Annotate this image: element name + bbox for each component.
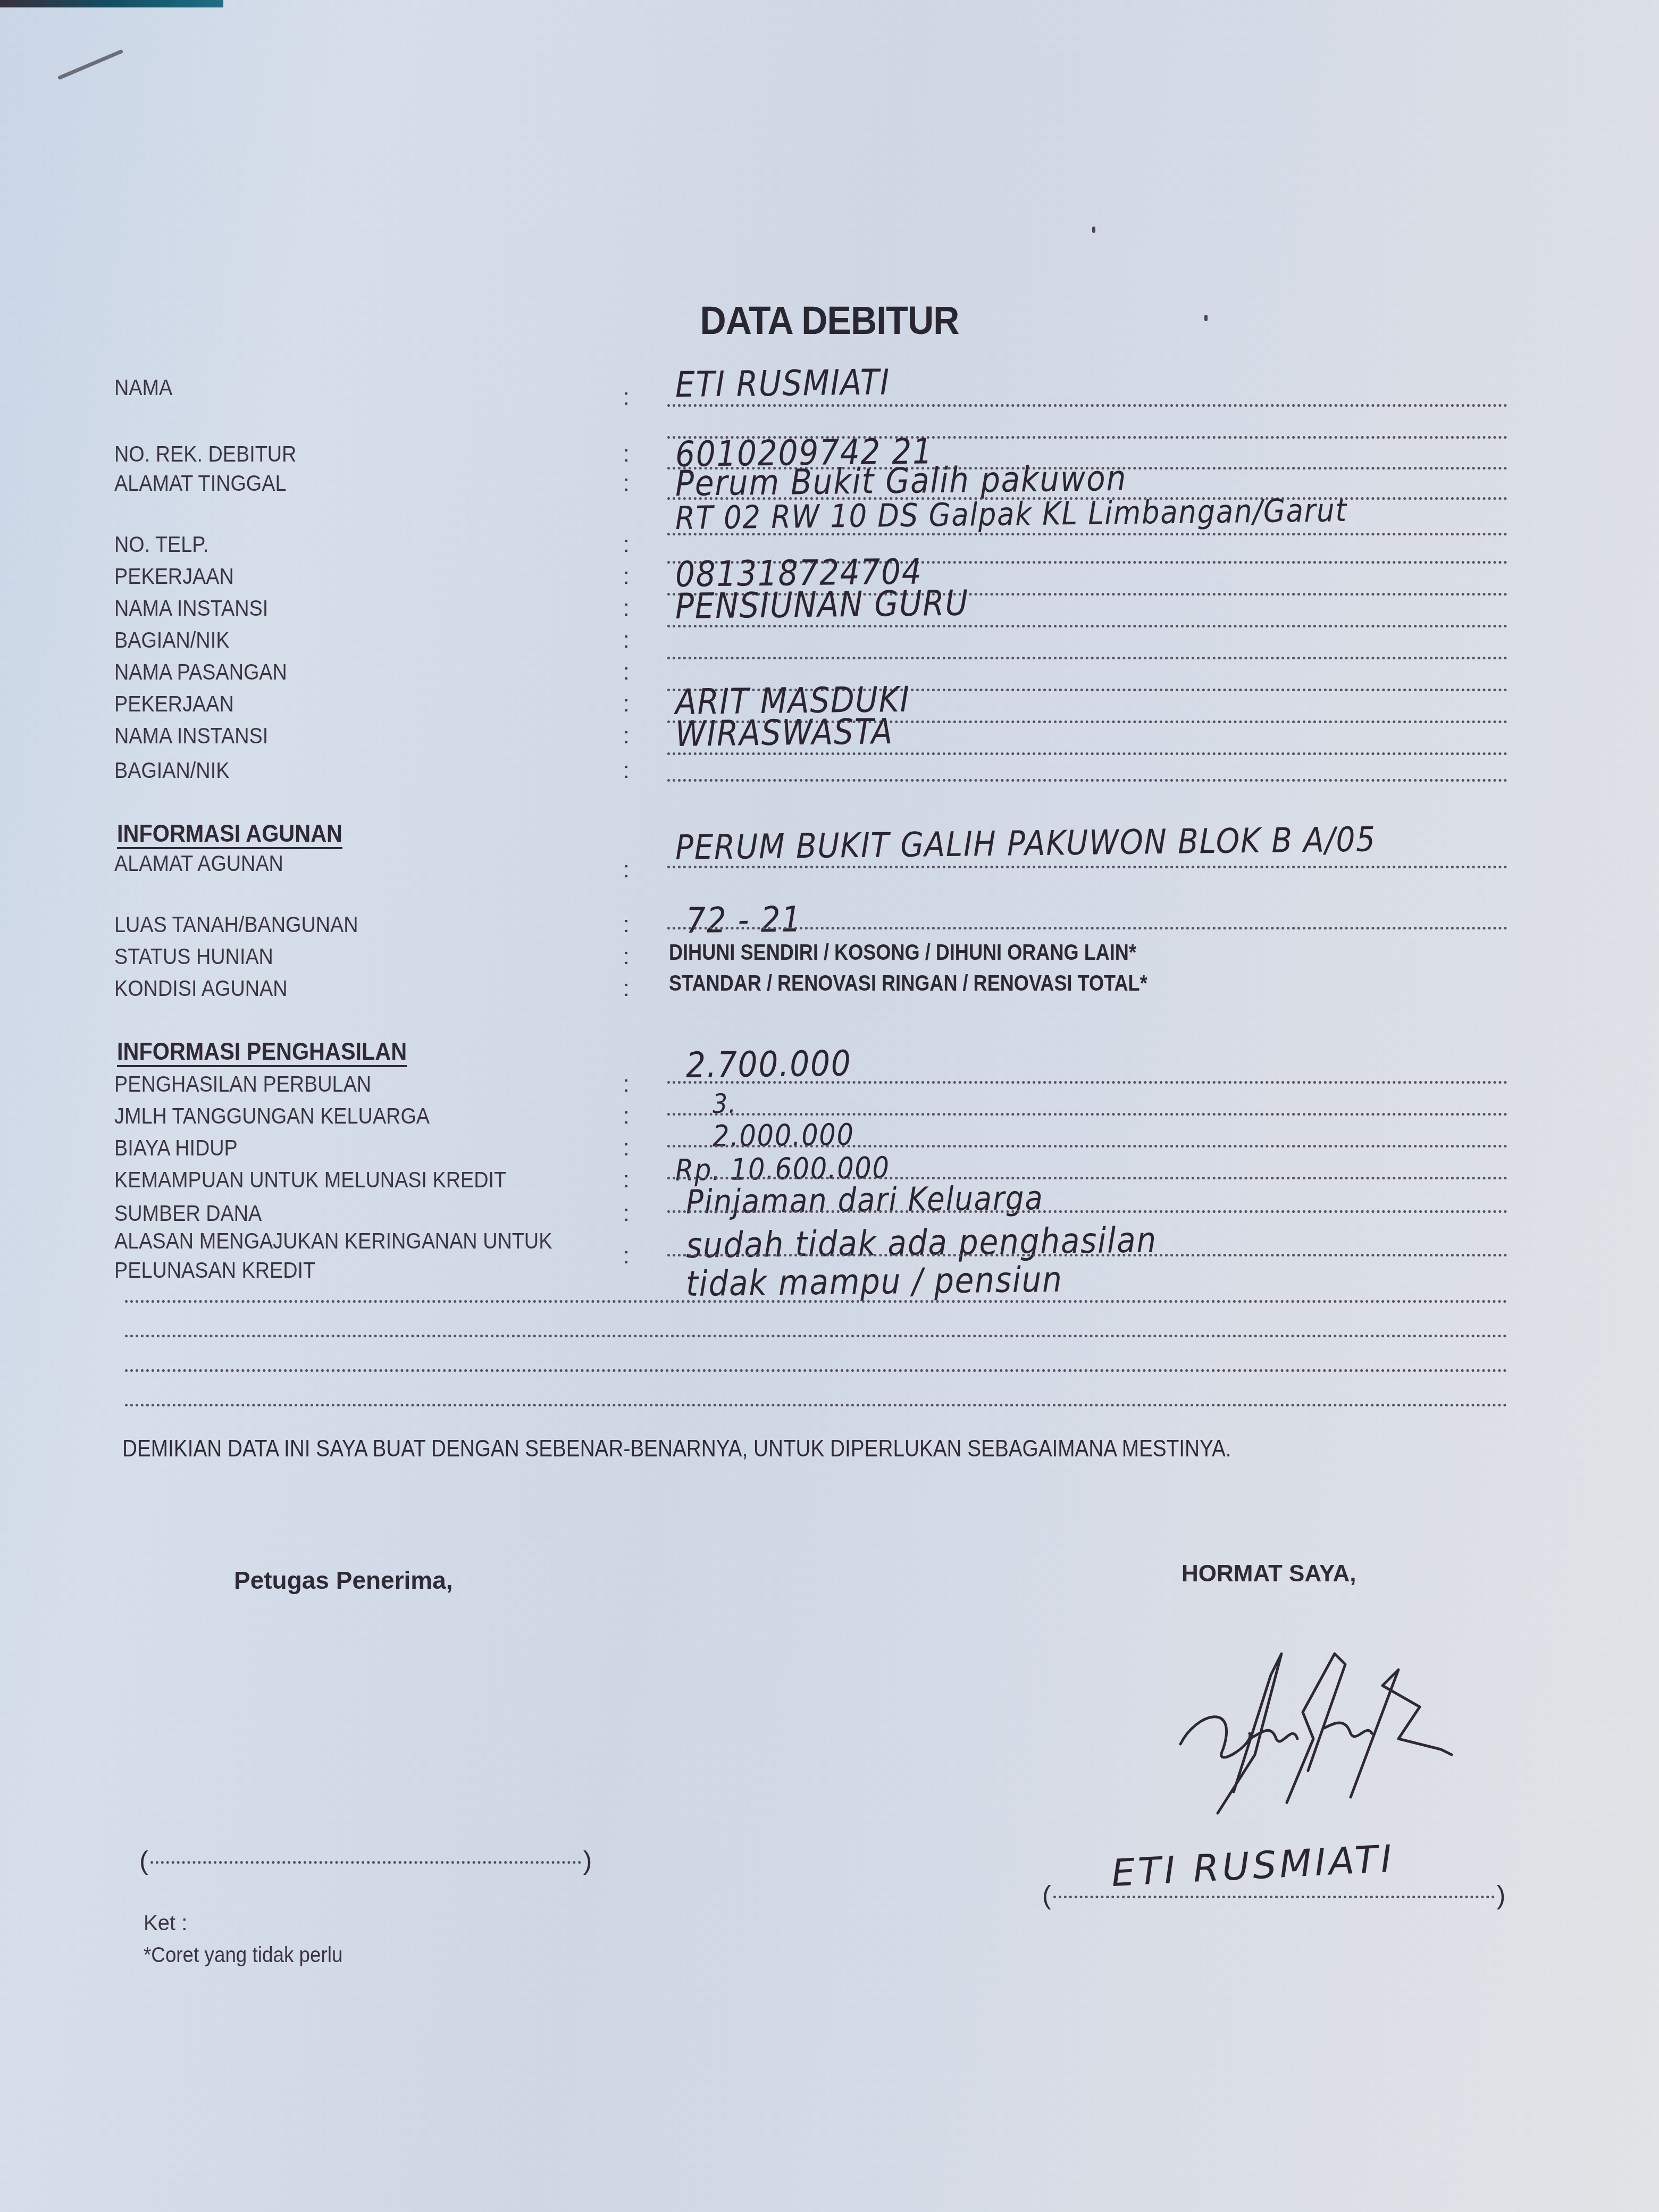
colon: : xyxy=(623,1243,630,1269)
dotted-line xyxy=(125,1300,1507,1303)
paper-speck xyxy=(1092,227,1095,233)
field-label: KONDISI AGUNAN xyxy=(114,976,288,1001)
colon: : xyxy=(623,1071,630,1097)
field-label: BAGIAN/NIK xyxy=(114,758,229,783)
dotted-line xyxy=(125,1369,1507,1372)
colon: : xyxy=(623,857,630,883)
dotted-line xyxy=(125,1404,1507,1406)
debtor-title: HORMAT SAYA, xyxy=(1182,1561,1356,1587)
field-value[interactable]: 72 - 21 xyxy=(686,899,802,941)
declaration-statement: DEMIKIAN DATA INI SAYA BUAT DENGAN SEBEN… xyxy=(122,1436,1231,1462)
field-label: NO. TELP. xyxy=(114,532,208,557)
field-label: SUMBER DANA xyxy=(114,1201,262,1226)
dotted-line xyxy=(667,866,1507,868)
field-label: PEKERJAAN xyxy=(114,564,234,589)
dotted-line xyxy=(667,1210,1507,1213)
field-bagian-nik-pasangan: BAGIAN/NIK : xyxy=(0,758,1659,790)
colon: : xyxy=(623,471,630,496)
field-label: PENGHASILAN PERBULAN xyxy=(114,1071,371,1097)
dotted-line xyxy=(667,1177,1507,1179)
field-alamat-agunan: ALAMAT AGUNAN : PERUM BUKIT GALIH PAKUWO… xyxy=(0,851,1659,883)
field-label: BIAYA HIDUP xyxy=(114,1135,238,1161)
field-nama-instansi-pasangan: NAMA INSTANSI : WIRASWASTA xyxy=(0,723,1659,755)
condition-options[interactable]: STANDAR / RENOVASI RINGAN / RENOVASI TOT… xyxy=(669,970,1147,996)
dotted-line xyxy=(667,1145,1507,1147)
colon: : xyxy=(623,596,630,621)
field-label: KEMAMPUAN UNTUK MELUNASI KREDIT xyxy=(114,1167,506,1193)
dotted-line xyxy=(667,404,1507,407)
field-label: PEKERJAAN xyxy=(114,691,234,717)
dotted-line xyxy=(667,1254,1507,1256)
field-value[interactable]: 2.700.000 xyxy=(686,1043,852,1086)
field-label: STATUS HUNIAN xyxy=(114,944,273,969)
field-value[interactable]: PERUM BUKIT GALIH PAKUWON BLOK B A/05 xyxy=(675,820,1376,868)
dotted-line xyxy=(667,927,1507,929)
signature-image xyxy=(1175,1632,1462,1819)
colon: : xyxy=(623,564,630,589)
field-luas: LUAS TANAH/BANGUNAN : 72 - 21 xyxy=(0,912,1659,944)
field-value[interactable]: RT 02 RW 10 DS Galpak KL Limbangan/Garut xyxy=(675,492,1347,537)
field-value[interactable]: ETI RUSMIATI xyxy=(675,362,891,405)
colon: : xyxy=(623,758,630,783)
field-label: NO. REK. DEBITUR xyxy=(114,441,296,467)
colon: : xyxy=(623,384,630,410)
field-label: NAMA INSTANSI xyxy=(114,596,268,621)
dotted-line xyxy=(667,779,1507,782)
reason-line-2[interactable]: tidak mampu / pensiun xyxy=(686,1259,1063,1304)
colon: : xyxy=(623,912,630,937)
colon: : xyxy=(623,659,630,685)
field-label: NAMA xyxy=(114,375,172,400)
officer-name-field[interactable] xyxy=(150,1861,581,1864)
colon: : xyxy=(623,1135,630,1161)
field-value[interactable]: WIRASWASTA xyxy=(675,711,894,755)
colon: : xyxy=(623,1103,630,1129)
section-heading: INFORMASI AGUNAN xyxy=(117,819,342,848)
colon: : xyxy=(623,944,630,969)
field-label: PELUNASAN KREDIT xyxy=(114,1258,315,1283)
reason-line-1[interactable]: sudah tidak ada penghasilan xyxy=(686,1219,1158,1266)
staple-mark xyxy=(57,49,123,80)
field-value[interactable]: Pinjaman dari Keluarga xyxy=(686,1178,1044,1221)
colon: : xyxy=(623,532,630,557)
page-title: DATA DEBITUR xyxy=(66,298,1593,343)
colon: : xyxy=(623,691,630,717)
field-label: LUAS TANAH/BANGUNAN xyxy=(114,912,358,937)
field-label: NAMA PASANGAN xyxy=(114,659,287,685)
field-label: JMLH TANGGUNGAN KELUARGA xyxy=(114,1103,430,1129)
field-bagian-nik: BAGIAN/NIK : xyxy=(0,627,1659,659)
dotted-line xyxy=(667,752,1507,755)
occupancy-options[interactable]: DIHUNI SENDIRI / KOSONG / DIHUNI ORANG L… xyxy=(669,940,1136,965)
dotted-line xyxy=(667,1113,1507,1116)
field-alasan: ALASAN MENGAJUKAN KERINGANAN UNTUK PELUN… xyxy=(0,1228,1659,1260)
field-penghasilan: PENGHASILAN PERBULAN : 2.700.000 xyxy=(0,1071,1659,1103)
colon: : xyxy=(623,1201,630,1226)
debtor-signature-line: () xyxy=(1042,1880,1505,1911)
field-nama-instansi: NAMA INSTANSI : PENSIUNAN GURU xyxy=(0,596,1659,627)
dotted-line xyxy=(667,1081,1507,1084)
field-value[interactable]: 2.000.000 xyxy=(713,1118,854,1154)
background-object xyxy=(0,0,223,7)
dotted-line xyxy=(125,1335,1507,1337)
note-text: *Coret yang tidak perlu xyxy=(144,1943,342,1967)
officer-signature-line[interactable]: () xyxy=(139,1845,592,1876)
field-label: ALASAN MENGAJUKAN KERINGANAN UNTUK xyxy=(114,1228,552,1254)
colon: : xyxy=(623,441,630,467)
colon: : xyxy=(623,627,630,653)
field-label: BAGIAN/NIK xyxy=(114,627,229,653)
colon: : xyxy=(623,723,630,749)
note-label: Ket : xyxy=(144,1912,187,1935)
field-label: ALAMAT AGUNAN xyxy=(114,851,283,876)
colon: : xyxy=(623,1167,630,1193)
field-label: NAMA INSTANSI xyxy=(114,723,268,749)
field-nama: NAMA : ETI RUSMIATI xyxy=(0,375,1659,407)
field-value[interactable]: PENSIUNAN GURU xyxy=(675,582,969,627)
colon: : xyxy=(623,976,630,1001)
section-heading: INFORMASI PENGHASILAN xyxy=(117,1037,407,1066)
field-label: ALAMAT TINGGAL xyxy=(114,471,287,496)
field-kondisi-agunan: KONDISI AGUNAN : STANDAR / RENOVASI RING… xyxy=(0,976,1659,1008)
officer-title: Petugas Penerima, xyxy=(234,1566,453,1595)
